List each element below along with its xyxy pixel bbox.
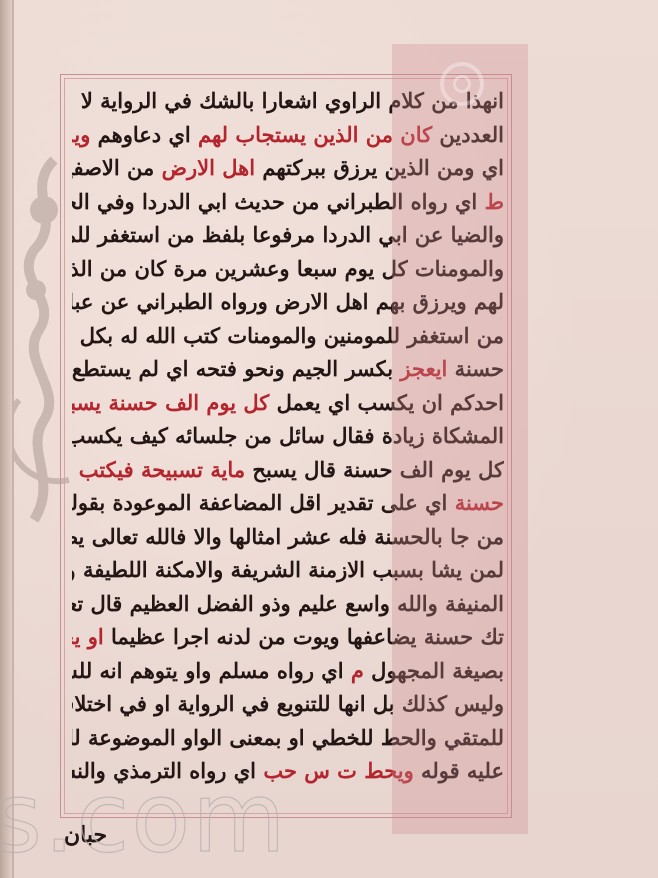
rubric-text: م	[351, 658, 364, 683]
body-text: من الاصفيا والاوليا	[72, 155, 162, 180]
rubric-text: اهل الارض	[162, 155, 255, 180]
rubric-text: او يحط	[72, 624, 104, 649]
highlight-overlay-band	[392, 44, 528, 834]
rubric-text: ويرزق بهم	[72, 122, 90, 147]
rubric-text: ماية تسبيحة فيكتب له الف	[72, 457, 245, 482]
body-text: اي دعاوهم	[90, 122, 198, 147]
body-text: اي رواه مسلم واو يتوهم انه للشك	[72, 658, 351, 683]
body-text: بكسر الجيم ونحو فتحه اي لم يستطع ولم يقد…	[72, 356, 400, 381]
manuscript-page: انهذا من كلام الراوي اشعارا بالشك في الر…	[0, 0, 658, 878]
binding-edge	[0, 0, 12, 878]
rubric-text: كل يوم الف حسنة يسبح	[72, 390, 269, 415]
site-watermark: s.com	[0, 770, 288, 866]
copyright-watermark-icon	[440, 62, 484, 106]
